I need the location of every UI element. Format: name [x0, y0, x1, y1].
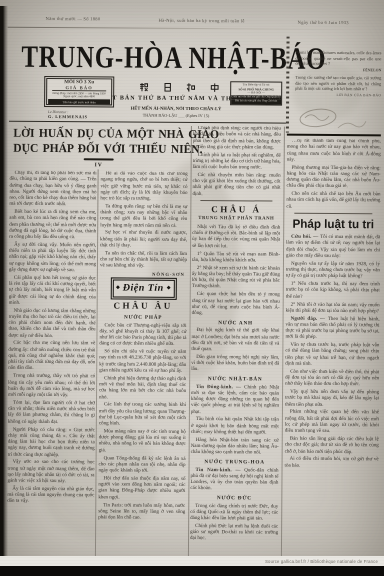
issue-date: Ngày thứ ba 6 Juin 1933 [298, 20, 349, 25]
scan-bottom-edge [0, 566, 384, 576]
telegrams-title: Điện Tín [123, 283, 164, 296]
library-stamp-icon [296, 105, 368, 136]
issue-number: Năm thứ mười — Số 1880 [46, 16, 101, 21]
lead-headline-line2: DỤC PHÁP ĐỐI VỚI THIẾU NIÊN. [13, 140, 184, 156]
ornament-icon: ◆ [116, 286, 120, 292]
england-news: Đại hội nghị kinh tế thế giới sắp khai m… [191, 328, 279, 374]
motto-line-1: HẾT MẾN ÁI-NHÂN, NÓI THEO CHÂN-LÝ [91, 105, 261, 111]
subscription-note: Tiền báo gửi trước mới nhận [48, 99, 110, 104]
paper-content: Năm thứ mười — Số 1880 Hà-Nội, xuất bản … [0, 0, 384, 576]
column-1: Chạy thi, đi tầng bộ phải bền sức mà đi … [7, 171, 97, 558]
lead-article-body-col2: Hễ ai đã vào cuộc đua thì chớ trông ngan… [100, 171, 188, 270]
column-4: …cụ rất thành tâm cùng hai chính phủ, mo… [284, 139, 381, 560]
section-europe: CHÂU ÂU [100, 301, 187, 313]
lead-headline: LỜI HUẤN DỤ CỦA MỘT NHÀ GIÁO DỤC PHÁP ĐỐ… [10, 126, 188, 169]
column4-intro: …cụ rất thành tâm cùng hai chính phủ, mo… [286, 139, 380, 212]
japan-news: Tin Đông-kinh. — Chính phủ Nhật mới ra đ… [191, 385, 280, 458]
law-column-title: Pháp luật tu tri [288, 217, 379, 233]
subsection-china: NƯỚC TRUNG-HOA [191, 459, 279, 466]
subsection-japan: NƯỚC NHẬT-BẢN [191, 376, 279, 383]
china-news: Tin Nam-kinh. — Quốc-dân chính phủ đã cử… [190, 468, 278, 494]
director-name: G. LEMMENAIS [48, 114, 88, 119]
chinese-title-glyphs [139, 83, 219, 93]
newspaper-scan-page: Năm thứ mười — Số 1880 Hà-Nội, xuất bản … [0, 0, 384, 576]
column4-top-rule [287, 134, 381, 137]
office-box: Tòa Biên-tập và Trị-sự: SỐ 61 PHỐ NHÀ CH… [230, 81, 282, 105]
section-rule [294, 213, 372, 214]
column-2: Hễ ai đã vào cuộc đua thì chớ trông ngan… [98, 171, 188, 558]
masthead-quote-column: Parmi les manufactures nationales, celle… [295, 50, 381, 98]
vietnamese-translation: Trong các xưởng chế tạo của quốc gia, cá… [295, 75, 381, 92]
government-notices: Chính phủ định rằng: các người chủ hiệu … [192, 126, 281, 199]
section-rule [200, 200, 272, 201]
subsection-france: NƯỚC PHÁP [100, 314, 187, 321]
chinese-character-icon [139, 83, 148, 92]
director-block: Le Directeur : G. LEMMENAIS [48, 110, 88, 119]
law-column-body: Cứu hỏi. — Tôi có mua một mảnh đất, đã l… [285, 235, 381, 470]
section-asia: CHÂU Á [192, 204, 280, 216]
lead-headline-line1: LỜI HUẤN DỤ CỦA MỘT NHÀ GIÁO [13, 126, 184, 142]
scan-gutter-shadow [0, 6, 8, 566]
masthead-rule [9, 121, 286, 124]
quote-attribution: FÉNELON [295, 67, 381, 72]
gallica-watermark: Source gallica.bnf.fr / Bibliothèque nat… [265, 559, 378, 564]
asia-news: Nhật với Tàu đã ký tờ điều đình đình chi… [192, 225, 281, 318]
office-note-2: Bài lai cảo xin gửi cho Ông Chủ-bút [231, 99, 281, 104]
quote-caption: LỜI BÀN CỦA BẢN-BÁO [295, 93, 381, 98]
asia-subtitle: TRUNG NHẬT PHÂN TRANH [192, 216, 280, 223]
newspaper-title: TRUNG-HÒA NHẬT-BÁO [21, 39, 326, 77]
price-box: MỖI SỐ 3 Xu GIÁ BÁO Đông-Pháp: một năm 2… [46, 78, 112, 106]
publication-note: Hà-Nội, xuất bản ba kỳ trong mỗi tuần lễ [137, 18, 267, 24]
article-signature: NÔNG-SƠN [100, 271, 185, 277]
headline-ornament-bar [84, 158, 114, 160]
ornament-divider [286, 37, 289, 133]
telegrams-header-box: ◆ Điện Tín ◆ [112, 280, 174, 298]
subsection-germany: NƯỚC ĐỨC [190, 495, 278, 502]
germany-news: Trong các đảng chính trị nước Đức, duy c… [190, 504, 278, 544]
chinese-character-icon [210, 83, 219, 92]
lead-article-body-col1: Chạy thi, đi tầng bộ phải bền sức mà đi … [7, 171, 96, 506]
subsection-england: NƯỚC ANH [192, 320, 280, 327]
ornament-icon: ◆ [167, 286, 171, 292]
chinese-character-icon [163, 83, 172, 92]
motto-line-2: THÀNH BÁO-LẬU ___ (Ephes IV 15) [91, 112, 261, 118]
french-quote: Parmi les manufactures nationales, celle… [295, 50, 381, 67]
scan-footer-band: Source gallica.bnf.fr / Bibliothèque nat… [0, 556, 384, 566]
part-numeral: IV [10, 162, 188, 169]
france-news: Cuộc bầu cử Thượng-nghị-viện sắp tới đây… [98, 323, 186, 522]
column-3: Chính phủ định rằng: các người chủ hiệu … [190, 126, 281, 559]
chinese-character-icon [186, 83, 195, 92]
scan-crease-line [8, 27, 380, 31]
